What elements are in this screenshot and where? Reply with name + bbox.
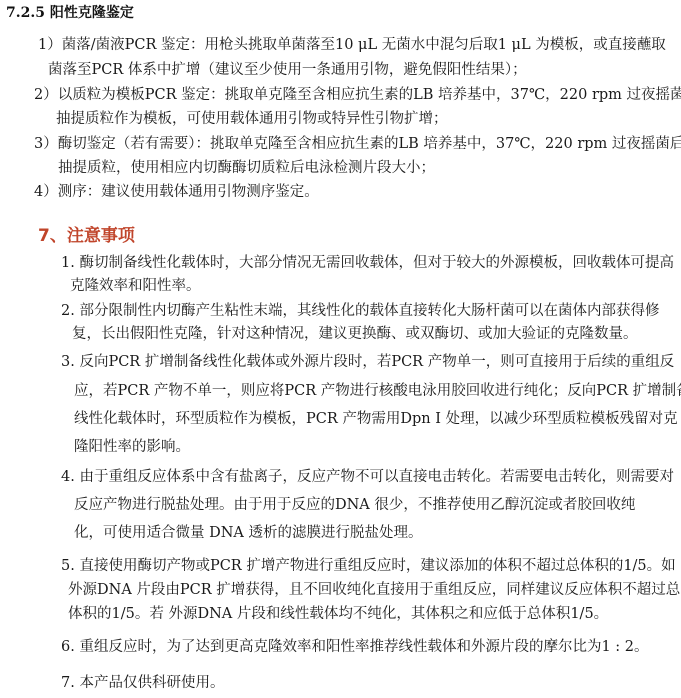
note-4-line-2: 反应产物进行脱盐处理。由于用于反应的DNA 很少，不推荐使用乙醇沉淀或者胶回收纯 [74,495,635,515]
identification-item-3-line-1: 3）酶切鉴定（若有需要）：挑取单克隆至含相应抗生素的LB 培养基中，37℃，22… [34,134,681,154]
note-3-line-3: 线性化载体时，环型质粒作为模板，PCR 产物需用Dpn I 处理，以减少环型质粒… [74,409,678,429]
note-5-line-1: 5. 直接使用酶切产物或PCR 扩增产物进行重组反应时，建议添加的体积不超过总体… [61,556,676,576]
identification-item-3-line-2: 抽提质粒，使用相应内切酶酶切质粒后电泳检测片段大小； [58,158,435,178]
note-4-line-1: 4. 由于重组反应体系中含有盐离子，反应产物不可以直接电击转化。若需要电击转化，… [61,467,674,487]
identification-item-1-line-1: 1）菌落/菌液PCR 鉴定：用枪头挑取单菌落至10 μL 无菌水中混匀后取1 μ… [38,35,666,55]
note-1-line-1: 1. 酶切制备线性化载体时，大部分情况无需回收载体，但对于较大的外源模板，回收载… [61,253,674,273]
note-5-line-2: 外源DNA 片段由PCR 扩增获得，且不回收纯化直接用于重组反应，同样建议反应体… [68,580,680,600]
section-heading-7-2-5: 7.2.5 阳性克隆鉴定 [6,3,134,23]
identification-item-4-line-1: 4）测序：建议使用载体通用引物测序鉴定。 [34,182,319,202]
note-6-line-1: 6. 重组反应时，为了达到更高克隆效率和阳性率推荐线性载体和外源片段的摩尔比为1… [61,637,649,657]
identification-item-2-line-2: 抽提质粒作为模板，可使用载体通用引物或特异性引物扩增； [56,109,448,129]
section-heading-notes: 7、注意事项 [38,224,135,248]
note-7-line-1: 7. 本产品仅供科研使用。 [61,673,224,693]
note-3-line-1: 3. 反向PCR 扩增制备线性化载体或外源片段时，若PCR 产物单一，则可直接用… [61,352,674,372]
identification-item-1-line-2: 菌落至PCR 体系中扩增（建议至少使用一条通用引物，避免假阳性结果）； [48,60,527,80]
note-5-line-3: 体积的1/5。若 外源DNA 片段和线性载体均不纯化，其体积之和应低于总体积1/… [68,604,608,624]
note-2-line-1: 2. 部分限制性内切酶产生粘性末端，其线性化的载体直接转化大肠杆菌可以在菌体内部… [61,301,659,321]
note-3-line-4: 隆阳性率的影响。 [74,437,190,457]
note-1-line-2: 克隆效率和阳性率。 [70,276,201,296]
note-3-line-2: 应，若PCR 产物不单一，则应将PCR 产物进行核酸电泳用胶回收进行纯化；反向P… [74,381,681,401]
identification-item-2-line-1: 2）以质粒为模板PCR 鉴定：挑取单克隆至含相应抗生素的LB 培养基中，37℃，… [34,85,681,105]
note-2-line-2: 复，长出假阳性克隆，针对这种情况，建议更换酶、或双酶切、或加大验证的克隆数量。 [72,324,638,344]
note-4-line-3: 化，可使用适合微量 DNA 透析的滤膜进行脱盐处理。 [74,523,423,543]
